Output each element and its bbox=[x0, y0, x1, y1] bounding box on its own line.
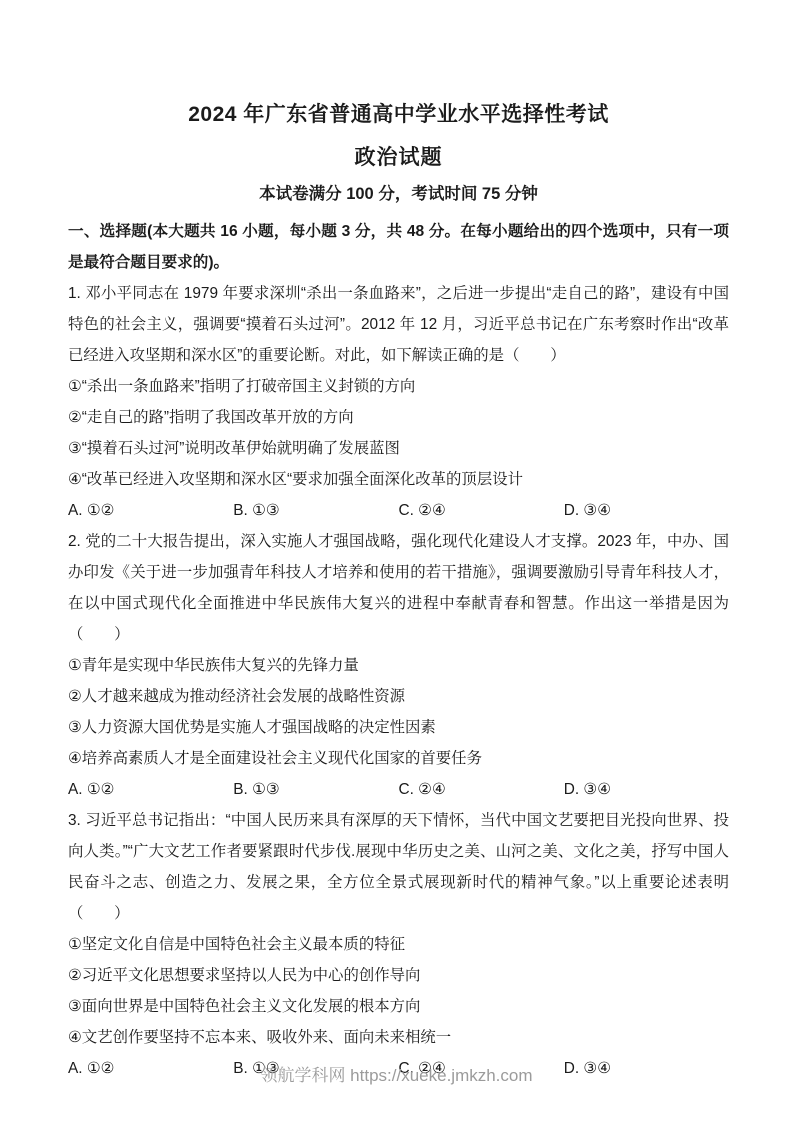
exam-subject: 政治试题 bbox=[68, 141, 729, 175]
question-2-item-1: ①青年是实现中华民族伟大复兴的先锋力量 bbox=[68, 650, 729, 681]
question-1-item-1: ①“杀出一条血路来”指明了打破帝国主义封锁的方向 bbox=[68, 371, 729, 402]
question-2-option-b: B. ①③ bbox=[233, 774, 398, 805]
question-1: 1. 邓小平同志在 1979 年要求深圳“杀出一条血路来”，之后进一步提出“走自… bbox=[68, 278, 729, 526]
page-content: 2024 年广东省普通高中学业水平选择性考试 政治试题 本试卷满分 100 分，… bbox=[68, 0, 729, 1084]
exam-info: 本试卷满分 100 分，考试时间 75 分钟 bbox=[68, 182, 729, 207]
question-1-option-d: D. ③④ bbox=[564, 495, 729, 526]
question-1-option-b: B. ①③ bbox=[233, 495, 398, 526]
question-1-item-4: ④“改革已经进入攻坚期和深水区“要求加强全面深化改革的顶层设计 bbox=[68, 464, 729, 495]
question-1-item-3: ③“摸着石头过河”说明改革伊始就明确了发展蓝图 bbox=[68, 433, 729, 464]
question-1-option-a: A. ①② bbox=[68, 495, 233, 526]
question-3-item-4: ④文艺创作要坚持不忘本来、吸收外来、面向未来相统一 bbox=[68, 1022, 729, 1053]
section-header: 一、选择题(本大题共 16 小题，每小题 3 分，共 48 分。在每小题给出的四… bbox=[68, 216, 729, 278]
question-1-option-c: C. ②④ bbox=[399, 495, 564, 526]
question-1-item-2: ②“走自己的路”指明了我国改革开放的方向 bbox=[68, 402, 729, 433]
question-2-item-3: ③人力资源大国优势是实施人才强国战略的决定性因素 bbox=[68, 712, 729, 743]
exam-paper-page: 2024 年广东省普通高中学业水平选择性考试 政治试题 本试卷满分 100 分，… bbox=[0, 0, 793, 1122]
question-1-stem: 1. 邓小平同志在 1979 年要求深圳“杀出一条血路来”，之后进一步提出“走自… bbox=[68, 278, 729, 371]
question-2-option-d: D. ③④ bbox=[564, 774, 729, 805]
question-3-item-3: ③面向世界是中国特色社会主义文化发展的根本方向 bbox=[68, 991, 729, 1022]
question-3-stem: 3. 习近平总书记指出：“中国人民历来具有深厚的天下情怀，当代中国文艺要把目光投… bbox=[68, 805, 729, 929]
question-2-option-c: C. ②④ bbox=[399, 774, 564, 805]
exam-title: 2024 年广东省普通高中学业水平选择性考试 bbox=[68, 98, 729, 132]
question-2-item-2: ②人才越来越成为推动经济社会发展的战略性资源 bbox=[68, 681, 729, 712]
watermark-footer: 领航学科网 https://xueke.jmkzh.com bbox=[0, 1064, 793, 1088]
question-2-item-4: ④培养高素质人才是全面建设社会主义现代化国家的首要任务 bbox=[68, 743, 729, 774]
question-2: 2. 党的二十大报告提出，深入实施人才强国战略，强化现代化建设人才支撑。2023… bbox=[68, 526, 729, 805]
question-2-stem: 2. 党的二十大报告提出，深入实施人才强国战略，强化现代化建设人才支撑。2023… bbox=[68, 526, 729, 650]
question-2-options: A. ①② B. ①③ C. ②④ D. ③④ bbox=[68, 774, 729, 805]
question-3-item-1: ①坚定文化自信是中国特色社会主义最本质的特征 bbox=[68, 929, 729, 960]
question-2-option-a: A. ①② bbox=[68, 774, 233, 805]
question-3: 3. 习近平总书记指出：“中国人民历来具有深厚的天下情怀，当代中国文艺要把目光投… bbox=[68, 805, 729, 1084]
question-3-item-2: ②习近平文化思想要求坚持以人民为中心的创作导向 bbox=[68, 960, 729, 991]
question-1-options: A. ①② B. ①③ C. ②④ D. ③④ bbox=[68, 495, 729, 526]
